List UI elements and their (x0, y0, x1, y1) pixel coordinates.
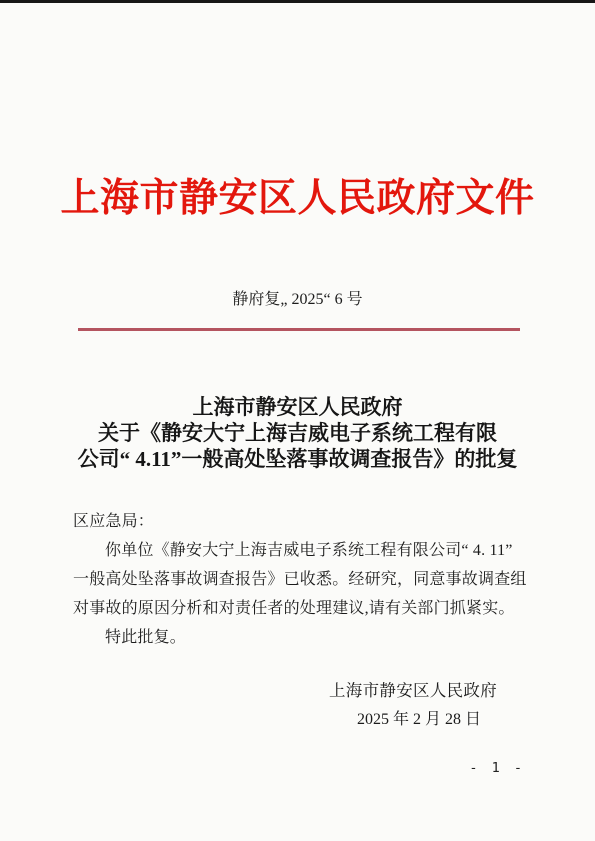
page-number: - 1 - (469, 760, 525, 776)
subject-line-2: 关于《静安大宁上海吉威电子系统工程有限 (30, 420, 565, 446)
body-text: 区应急局： 你单位《静安大宁上海吉威电子系统工程有限公司“ 4. 11” 一般高… (73, 507, 523, 652)
subject-title: 上海市静安区人民政府 关于《静安大宁上海吉威电子系统工程有限 公司“ 4.11”… (30, 394, 565, 472)
document-page: 上海市静安区人民政府文件 静府复„ 2025“ 6 号 上海市静安区人民政府 关… (0, 0, 595, 841)
body-paragraph-line: 对事故的原因分析和对责任者的处理建议,请有关部门抓紧实。 (73, 594, 523, 623)
document-number: 静府复„ 2025“ 6 号 (0, 286, 595, 309)
body-paragraph-line: 你单位《静安大宁上海吉威电子系统工程有限公司“ 4. 11” (73, 536, 523, 565)
closing-line: 特此批复。 (73, 623, 523, 652)
signature-issuer: 上海市静安区人民政府 (329, 677, 497, 701)
salutation: 区应急局： (73, 507, 523, 536)
signature-date: 2025 年 2 月 28 日 (357, 706, 481, 729)
subject-line-1: 上海市静安区人民政府 (30, 394, 565, 420)
subject-line-3: 公司“ 4.11”一般高处坠落事故调查报告》的批复 (30, 446, 565, 472)
red-divider-line (78, 328, 520, 331)
document-header-title: 上海市静安区人民政府文件 (0, 167, 595, 223)
top-edge-bar (0, 0, 595, 3)
body-paragraph-line: 一般高处坠落事故调查报告》已收悉。经研究，同意事故调查组 (73, 565, 523, 594)
